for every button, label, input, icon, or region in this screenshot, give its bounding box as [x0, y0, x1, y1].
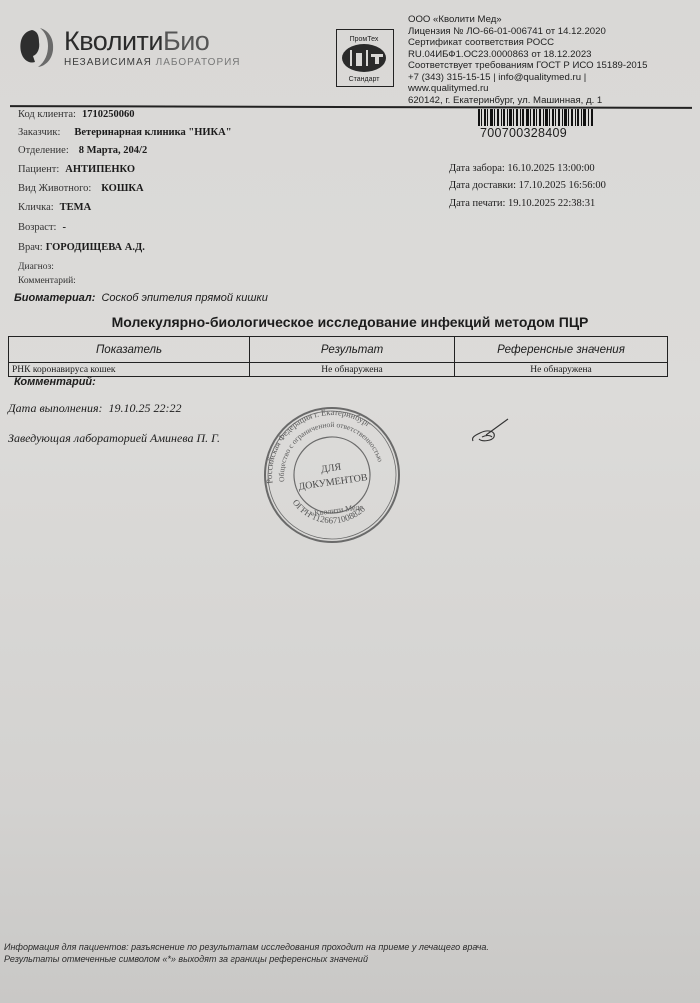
logo-subtitle: НЕЗАВИСИМАЯ ЛАБОРАТОРИЯ: [64, 57, 241, 68]
header-result: Результат: [250, 337, 455, 363]
result-cell: Не обнаружена: [250, 363, 455, 377]
department-field: Отделение:8 Марта, 204/2: [18, 145, 147, 156]
profile-head-icon: [18, 26, 56, 68]
customer-field: Заказчик:Ветеринарная клиника "НИКА": [18, 127, 232, 138]
study-title: Молекулярно-биологическое исследование и…: [0, 314, 700, 330]
signature-icon: [470, 415, 520, 450]
reference-cell: Не обнаружена: [455, 363, 668, 377]
barcode-icon: [478, 109, 594, 126]
print-date: Дата печати: 19.10.2025 22:38:31: [449, 198, 595, 209]
logo-name: КволитиБио: [64, 27, 241, 55]
reference-symbol-note: Результаты отмеченные символом «*» выход…: [4, 954, 368, 964]
indicator-cell: РНК коронавируса кошек: [9, 363, 250, 377]
collection-date: Дата забора: 16.10.2025 13:00:00: [449, 163, 595, 174]
company-info-line: 620142, г. Екатеринбург, ул. Машинная, д…: [408, 95, 647, 107]
client-code-field: Код клиента:1710250060: [18, 109, 134, 120]
pst-emblem-icon: ПромТех Стандарт: [337, 30, 392, 85]
company-info-line: www.qualitymed.ru: [408, 83, 647, 95]
company-info-line: +7 (343) 315-15-15 | info@qualitymed.ru …: [408, 72, 647, 84]
lab-report-page: КволитиБио НЕЗАВИСИМАЯ ЛАБОРАТОРИЯ ПромТ…: [0, 0, 700, 1003]
results-table: Показатель Результат Референсные значени…: [8, 336, 668, 377]
company-info-line: Соответствует требованиям ГОСТ Р ИСО 151…: [408, 60, 647, 72]
results-header-row: Показатель Результат Референсные значени…: [9, 337, 668, 363]
svg-text:ДЛЯ: ДЛЯ: [320, 462, 342, 476]
kvolitibio-logo: КволитиБио НЕЗАВИСИМАЯ ЛАБОРАТОРИЯ: [18, 26, 241, 68]
patient-field: Пациент:АНТИПЕНКО: [18, 164, 135, 175]
results-comment-label: Комментарий:: [14, 376, 96, 388]
diagnosis-field: Диагноз:: [18, 262, 60, 272]
patient-info-note: Информация для пациентов: разъяснение по…: [4, 942, 489, 952]
company-info-line: Лицензия № ЛО-66-01-006741 от 14.12.2020: [408, 26, 647, 38]
barcode-number: 700700328409: [480, 126, 567, 140]
promtech-standard-badge: ПромТех Стандарт: [336, 29, 394, 87]
doctor-field: Врач:ГОРОДИЩЕВА А.Д.: [18, 242, 145, 253]
table-row: РНК коронавируса кошек Не обнаружена Не …: [9, 363, 668, 377]
header-reference: Референсные значения: [455, 337, 668, 363]
completion-date: Дата выполнения: 19.10.25 22:22: [8, 401, 182, 416]
age-field: Возраст:-: [18, 222, 66, 233]
official-stamp-icon: Российская Федерация г. Екатеринбург Общ…: [262, 405, 402, 545]
delivery-date: Дата доставки: 17.10.2025 16:56:00: [449, 180, 606, 191]
company-info-line: ООО «Кволити Мед»: [408, 14, 647, 26]
company-info-line: Сертификат соответствия РОСС: [408, 37, 647, 49]
biomaterial: Биоматериал:Соскоб эпителия прямой кишки: [14, 292, 268, 304]
company-info-line: RU.04ИБФ1.ОС23.0000863 от 18.12.2023: [408, 49, 647, 61]
pet-name-field: Кличка:ТЕМА: [18, 202, 91, 213]
svg-text:ДОКУМЕНТОВ: ДОКУМЕНТОВ: [298, 472, 369, 493]
lab-head-signature-line: Заведующая лабораторией Аминева П. Г.: [8, 431, 220, 446]
animal-type-field: Вид Животного:КОШКА: [18, 183, 144, 194]
header-indicator: Показатель: [9, 337, 250, 363]
svg-text:Стандарт: Стандарт: [349, 76, 381, 83]
svg-text:ПромТех: ПромТех: [350, 36, 379, 43]
company-info: ООО «Кволити Мед» Лицензия № ЛО-66-01-00…: [408, 14, 647, 106]
comment-field: Комментарий:: [18, 276, 82, 286]
